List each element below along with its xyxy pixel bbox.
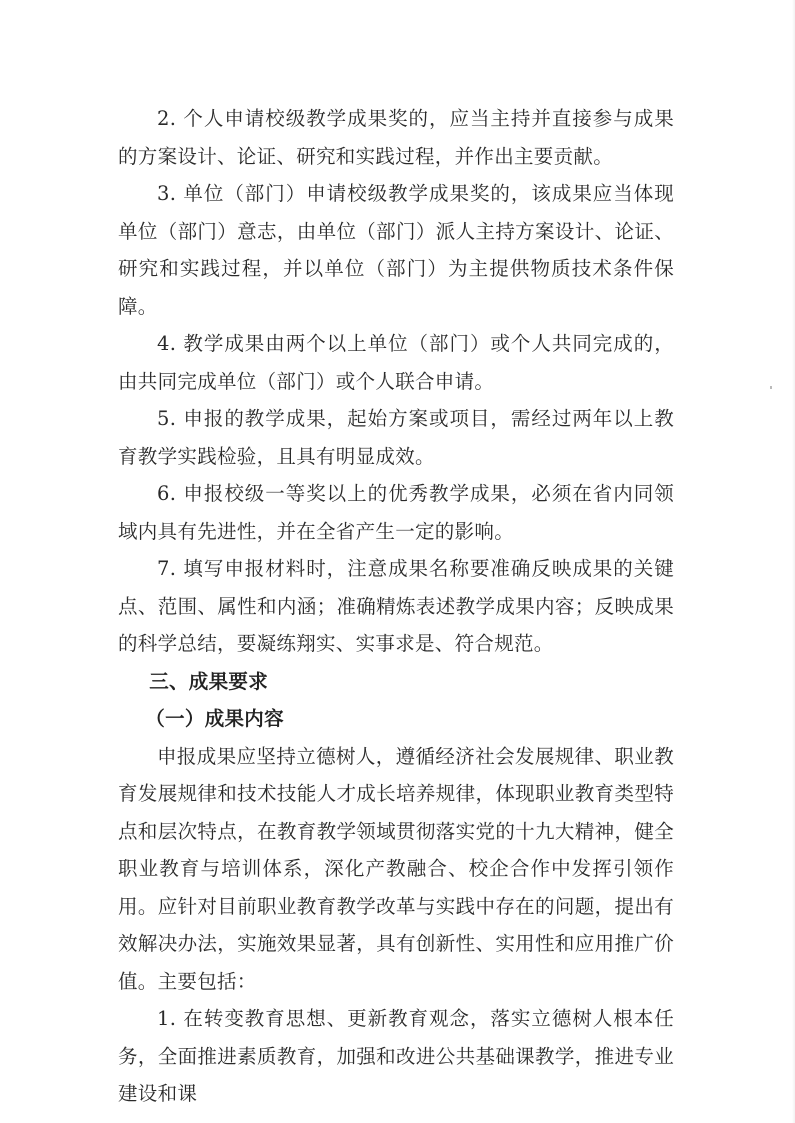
paragraph-item-2: 2. 个人申请校级教学成果奖的，应当主持并直接参与成果的方案设计、论证、研究和实…: [118, 100, 674, 175]
paragraph-item-7: 7. 填写申报材料时，注意成果名称要准确反映成果的关键点、范围、属性和内涵；准确…: [118, 550, 674, 663]
paragraph-item-3: 3. 单位（部门）申请校级教学成果奖的，该成果应当体现单位（部门）意志，由单位（…: [118, 175, 674, 325]
paragraph-item-5: 5. 申报的教学成果，起始方案或项目，需经过两年以上教育教学实践检验，且具有明显…: [118, 400, 674, 475]
paragraph-item-6: 6. 申报校级一等奖以上的优秀教学成果，必须在省内同领域内具有先进性，并在全省产…: [118, 475, 674, 550]
document-body: 2. 个人申请校级教学成果奖的，应当主持并直接参与成果的方案设计、论证、研究和实…: [118, 100, 674, 1113]
paragraph-content-intro: 申报成果应坚持立德树人，遵循经济社会发展规律、职业教育发展规律和技术技能人才成长…: [118, 738, 674, 1001]
section-heading-3: 三、成果要求: [118, 663, 674, 701]
subsection-heading-1: （一）成果内容: [118, 700, 674, 738]
paragraph-content-item-1: 1. 在转变教育思想、更新教育观念，落实立德树人根本任务，全面推进素质教育，加强…: [118, 1000, 674, 1113]
paragraph-item-4: 4. 教学成果由两个以上单位（部门）或个人共同完成的，由共同完成单位（部门）或个…: [118, 325, 674, 400]
scan-mark: [770, 386, 772, 389]
document-page: 2. 个人申请校级教学成果奖的，应当主持并直接参与成果的方案设计、论证、研究和实…: [0, 0, 795, 1123]
